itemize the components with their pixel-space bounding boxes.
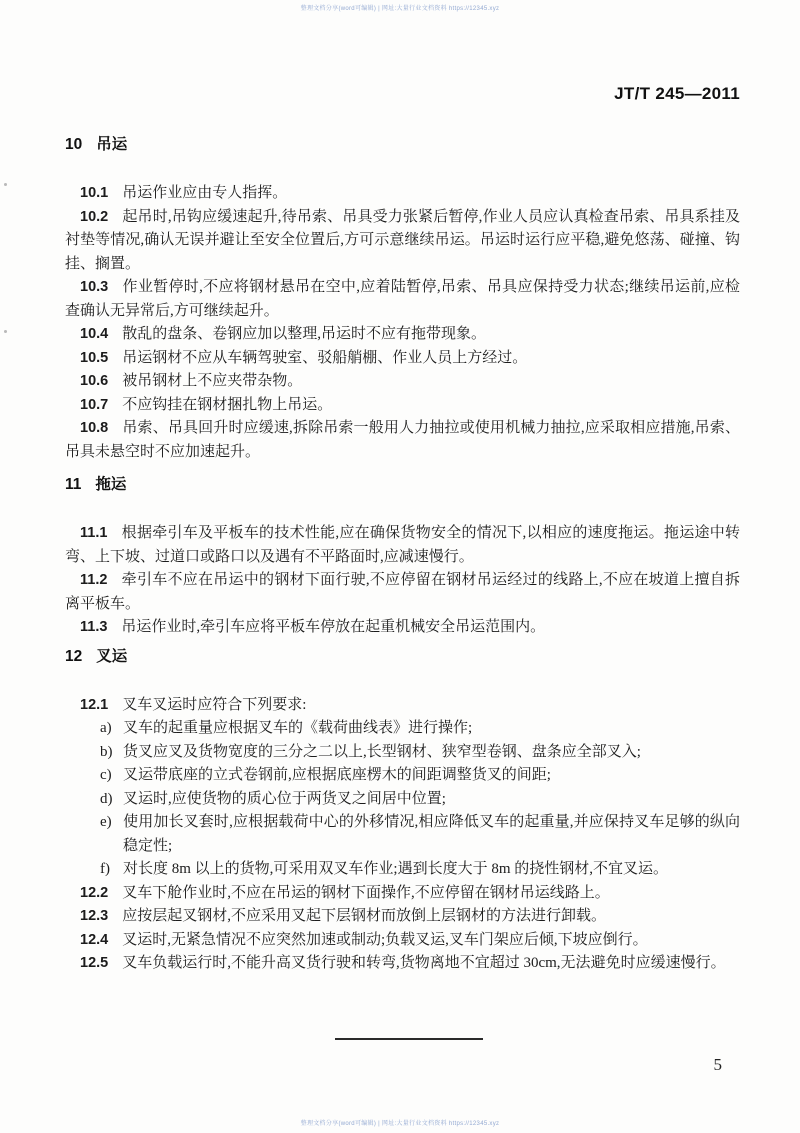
- section-title: 叉运: [96, 648, 127, 665]
- clause-12-2: 12.2叉车下舱作业时,不应在吊运的钢材下面操作,不应停留在钢材吊运线路上。: [65, 882, 740, 906]
- document-body: 10吊运 10.1吊运作业应由专人指挥。 10.2起吊时,吊钩应缓速起升,待吊索…: [65, 136, 740, 976]
- clause-number: 12.1: [80, 697, 108, 713]
- item-text: 叉车的起重量应根据叉车的《载荷曲线表》进行操作;: [123, 720, 472, 736]
- item-letter: a): [100, 717, 123, 741]
- scan-speck: [4, 330, 7, 333]
- list-item-e: e)使用加长叉套时,应根据载荷中心的外移情况,相应降低叉车的起重量,并应保持叉车…: [65, 811, 740, 858]
- clause-text: 叉车负载运行时,不能升高叉货行驶和转弯,货物离地不宜超过 30cm,无法避免时应…: [122, 955, 725, 971]
- document-page: 整理文档分享(word可编辑) | 网址:大量行业文档资料 https://12…: [0, 0, 800, 1133]
- clause-number: 12.5: [80, 955, 108, 971]
- clause-number: 11.2: [80, 572, 107, 588]
- footer-divider: [335, 1038, 483, 1040]
- clause-text: 不应钩挂在钢材捆扎物上吊运。: [122, 397, 332, 413]
- item-letter: d): [100, 788, 123, 812]
- clause-text: 吊运作业应由专人指挥。: [122, 185, 287, 201]
- clause-text: 作业暂停时,不应将钢材悬吊在空中,应着陆暂停,吊索、吊具应保持受力状态;继续吊运…: [65, 279, 740, 319]
- clause-10-7: 10.7不应钩挂在钢材捆扎物上吊运。: [65, 394, 740, 418]
- clause-number: 10.2: [80, 209, 108, 225]
- clause-number: 11.3: [80, 619, 107, 635]
- section-title: 拖运: [95, 476, 126, 493]
- clause-10-2: 10.2起吊时,吊钩应缓速起升,待吊索、吊具受力张紧后暂停,作业人员应认真检查吊…: [65, 206, 740, 277]
- item-text: 货叉应叉及货物宽度的三分之二以上,长型钢材、狭窄型卷钢、盘条应全部叉入;: [123, 744, 641, 760]
- clause-text: 起吊时,吊钩应缓速起升,待吊索、吊具受力张紧后暂停,作业人员应认真检查吊索、吊具…: [65, 209, 740, 272]
- watermark-bottom: 整理文档分享(word可编辑) | 网址:大量行业文档资料 https://12…: [0, 1118, 800, 1127]
- item-text: 使用加长叉套时,应根据载荷中心的外移情况,相应降低叉车的起重量,并应保持叉车足够…: [123, 814, 740, 854]
- clause-12-1: 12.1叉车叉运时应符合下列要求:: [65, 694, 740, 718]
- section-number: 10: [65, 136, 82, 154]
- section-heading-11: 11拖运: [65, 476, 740, 494]
- clause-10-6: 10.6被吊钢材上不应夹带杂物。: [65, 370, 740, 394]
- section-heading-10: 10吊运: [65, 136, 740, 154]
- clause-number: 10.6: [80, 373, 108, 389]
- clause-10-3: 10.3作业暂停时,不应将钢材悬吊在空中,应着陆暂停,吊索、吊具应保持受力状态;…: [65, 276, 740, 323]
- section-heading-12: 12叉运: [65, 648, 740, 666]
- clause-number: 12.3: [80, 908, 108, 924]
- clause-12-3: 12.3应按层起叉钢材,不应采用叉起下层钢材而放倒上层钢材的方法进行卸载。: [65, 905, 740, 929]
- clause-12-4: 12.4叉运时,无紧急情况不应突然加速或制动;负载叉运,叉车门架应后倾,下坡应倒…: [65, 929, 740, 953]
- clause-10-5: 10.5吊运钢材不应从车辆驾驶室、驳船艄棚、作业人员上方经过。: [65, 347, 740, 371]
- item-text: 对长度 8m 以上的货物,可采用双叉车作业;遇到长度大于 8m 的挠性钢材,不宜…: [123, 861, 668, 877]
- section-number: 11: [65, 476, 81, 494]
- clause-number: 10.4: [80, 326, 108, 342]
- item-letter: f): [100, 858, 123, 882]
- clause-text: 散乱的盘条、卷钢应加以整理,吊运时不应有拖带现象。: [122, 326, 486, 342]
- item-letter: c): [100, 764, 123, 788]
- watermark-top: 整理文档分享(word可编辑) | 网址:大量行业文档资料 https://12…: [0, 3, 800, 12]
- clause-text: 叉车下舱作业时,不应在吊运的钢材下面操作,不应停留在钢材吊运线路上。: [122, 885, 610, 901]
- clause-text: 吊运钢材不应从车辆驾驶室、驳船艄棚、作业人员上方经过。: [122, 350, 527, 366]
- page-number: 5: [714, 1055, 723, 1075]
- scan-speck: [4, 183, 7, 186]
- clause-12-5: 12.5叉车负载运行时,不能升高叉货行驶和转弯,货物离地不宜超过 30cm,无法…: [65, 952, 740, 976]
- list-item-d: d)叉运时,应使货物的质心位于两货叉之间居中位置;: [65, 788, 740, 812]
- section-title: 吊运: [96, 136, 127, 153]
- clause-11-3: 11.3吊运作业时,牵引车应将平板车停放在起重机械安全吊运范围内。: [65, 616, 740, 640]
- clause-10-8: 10.8吊索、吊具回升时应缓速,拆除吊索一般用人力抽拉或使用机械力抽拉,应采取相…: [65, 417, 740, 464]
- clause-text: 吊运作业时,牵引车应将平板车停放在起重机械安全吊运范围内。: [121, 619, 545, 635]
- clause-10-4: 10.4散乱的盘条、卷钢应加以整理,吊运时不应有拖带现象。: [65, 323, 740, 347]
- clause-text: 吊索、吊具回升时应缓速,拆除吊索一般用人力抽拉或使用机械力抽拉,应采取相应措施,…: [65, 420, 740, 460]
- clause-10-1: 10.1吊运作业应由专人指挥。: [65, 182, 740, 206]
- clause-text: 根据牵引车及平板车的技术性能,应在确保货物安全的情况下,以相应的速度拖运。拖运途…: [65, 525, 740, 565]
- item-letter: e): [100, 811, 123, 835]
- standard-code: JT/T 245—2011: [614, 84, 740, 104]
- clause-text: 应按层起叉钢材,不应采用叉起下层钢材而放倒上层钢材的方法进行卸载。: [122, 908, 606, 924]
- list-item-c: c)叉运带底座的立式卷钢前,应根据底座楞木的间距调整货叉的间距;: [65, 764, 740, 788]
- list-item-b: b)货叉应叉及货物宽度的三分之二以上,长型钢材、狭窄型卷钢、盘条应全部叉入;: [65, 741, 740, 765]
- clause-number: 10.7: [80, 397, 108, 413]
- clause-text: 叉车叉运时应符合下列要求:: [122, 697, 306, 713]
- clause-number: 12.4: [80, 932, 108, 948]
- clause-text: 叉运时,无紧急情况不应突然加速或制动;负载叉运,叉车门架应后倾,下坡应倒行。: [122, 932, 647, 948]
- section-number: 12: [65, 648, 82, 666]
- clause-number: 10.1: [80, 185, 108, 201]
- item-letter: b): [100, 741, 123, 765]
- clause-11-2: 11.2牵引车不应在吊运中的钢材下面行驶,不应停留在钢材吊运经过的线路上,不应在…: [65, 569, 740, 616]
- clause-text: 牵引车不应在吊运中的钢材下面行驶,不应停留在钢材吊运经过的线路上,不应在坡道上擅…: [65, 572, 740, 612]
- list-item-f: f)对长度 8m 以上的货物,可采用双叉车作业;遇到长度大于 8m 的挠性钢材,…: [65, 858, 740, 882]
- list-item-a: a)叉车的起重量应根据叉车的《载荷曲线表》进行操作;: [65, 717, 740, 741]
- item-text: 叉运带底座的立式卷钢前,应根据底座楞木的间距调整货叉的间距;: [123, 767, 551, 783]
- clause-number: 10.5: [80, 350, 108, 366]
- clause-11-1: 11.1根据牵引车及平板车的技术性能,应在确保货物安全的情况下,以相应的速度拖运…: [65, 522, 740, 569]
- item-text: 叉运时,应使货物的质心位于两货叉之间居中位置;: [123, 791, 446, 807]
- clause-number: 10.8: [80, 420, 108, 436]
- clause-number: 10.3: [80, 279, 108, 295]
- clause-number: 11.1: [80, 525, 107, 541]
- clause-text: 被吊钢材上不应夹带杂物。: [122, 373, 302, 389]
- clause-number: 12.2: [80, 885, 108, 901]
